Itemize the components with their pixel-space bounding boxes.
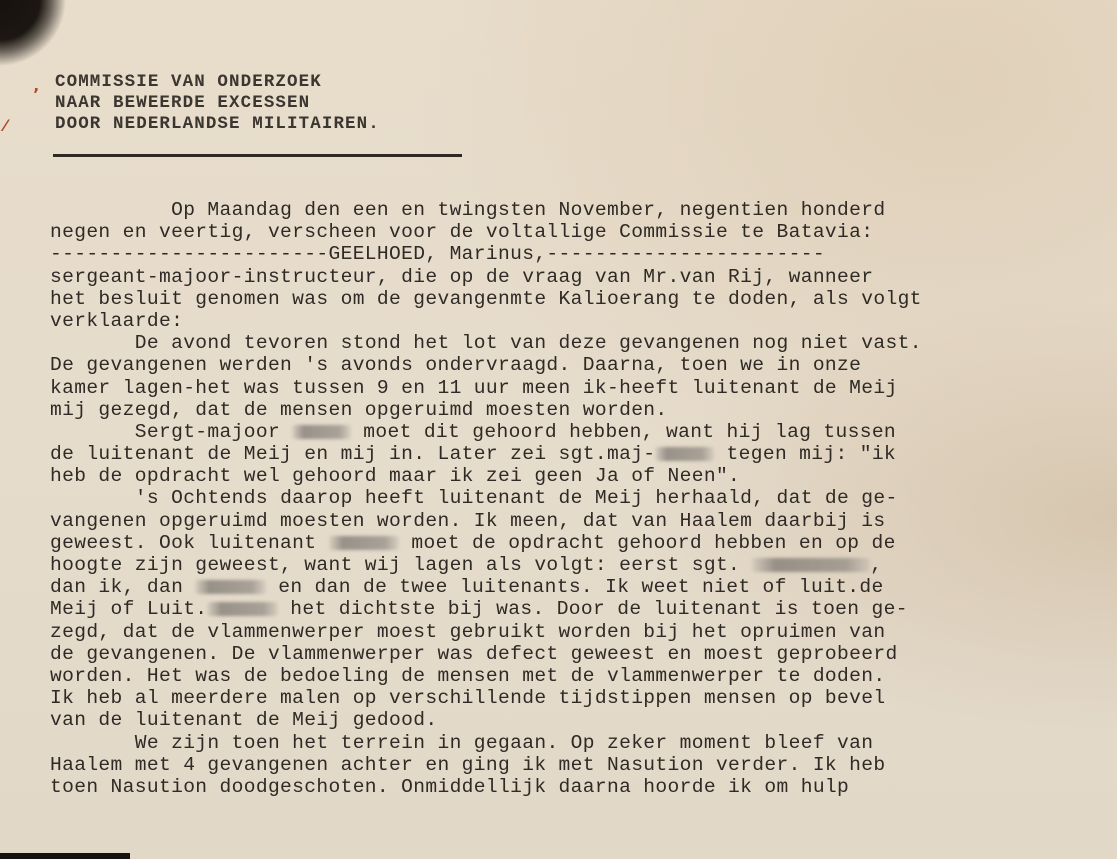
text-line: van de luitenant de Meij gedood. [50, 709, 922, 731]
text-line: de gevangenen. De vlammenwerper was defe… [50, 643, 922, 665]
text-line: Meij of Luit. het dichtste bij was. Door… [50, 598, 922, 620]
text-line: verklaarde: [50, 310, 922, 332]
text-line: vangenen opgeruimd moesten worden. Ik me… [50, 510, 922, 532]
text-line: dan ik, dan en dan de twee luitenants. I… [50, 576, 922, 598]
heading-line: DOOR NEDERLANDSE MILITAIREN. [55, 114, 380, 135]
heading-underline [53, 154, 462, 157]
heading-line: NAAR BEWEERDE EXCESSEN [55, 93, 380, 114]
text-line: Sergt-majoor moet dit gehoord hebben, wa… [50, 421, 922, 443]
text-line: Haalem met 4 gevangenen achter en ging i… [50, 754, 922, 776]
heading-line: COMMISSIE VAN ONDERZOEK [55, 72, 380, 93]
text-line: heb de opdracht wel gehoord maar ik zei … [50, 465, 922, 487]
testimony-body: Op Maandag den een en twingsten November… [50, 199, 922, 798]
text-line: negen en veertig, verscheen voor de volt… [50, 221, 922, 243]
text-line: zegd, dat de vlammenwerper moest gebruik… [50, 621, 922, 643]
commission-heading: COMMISSIE VAN ONDERZOEK NAAR BEWEERDE EX… [55, 72, 380, 135]
edge-shadow [0, 853, 130, 859]
margin-tick-mark: ‚ [33, 76, 39, 95]
text-line: sergeant-majoor-instructeur, die op de v… [50, 266, 922, 288]
text-line: We zijn toen het terrein in gegaan. Op z… [50, 732, 922, 754]
text-line: Op Maandag den een en twingsten November… [50, 199, 922, 221]
redacted-name [195, 580, 266, 594]
text-line: worden. Het was de bedoeling de mensen m… [50, 665, 922, 687]
text-line: De gevangenen werden 's avonds ondervraa… [50, 354, 922, 376]
redacted-name [207, 602, 278, 616]
text-line: mij gezegd, dat de mensen opgeruimd moes… [50, 399, 922, 421]
text-line: 's Ochtends daarop heeft luitenant de Me… [50, 487, 922, 509]
text-line: hoogte zijn geweest, want wij lagen als … [50, 554, 922, 576]
text-line: De avond tevoren stond het lot van deze … [50, 332, 922, 354]
redacted-name [752, 558, 870, 572]
text-line: de luitenant de Meij en mij in. Later ze… [50, 443, 922, 465]
text-line: geweest. Ook luitenant moet de opdracht … [50, 532, 922, 554]
redacted-name [329, 536, 400, 550]
text-line: kamer lagen-het was tussen 9 en 11 uur m… [50, 377, 922, 399]
text-line: toen Nasution doodgeschoten. Onmiddellij… [50, 776, 922, 798]
redacted-name [292, 425, 351, 439]
text-line: Ik heb al meerdere malen op verschillend… [50, 687, 922, 709]
margin-tick-mark: ⁄ [4, 116, 7, 135]
corner-shadow [0, 0, 70, 70]
redacted-name [655, 447, 714, 461]
text-line: -----------------------GEELHOED, Marinus… [50, 243, 922, 265]
document-page: ‚ ⁄ COMMISSIE VAN ONDERZOEK NAAR BEWEERD… [0, 0, 1117, 859]
text-line: het besluit genomen was om de gevangenmt… [50, 288, 922, 310]
